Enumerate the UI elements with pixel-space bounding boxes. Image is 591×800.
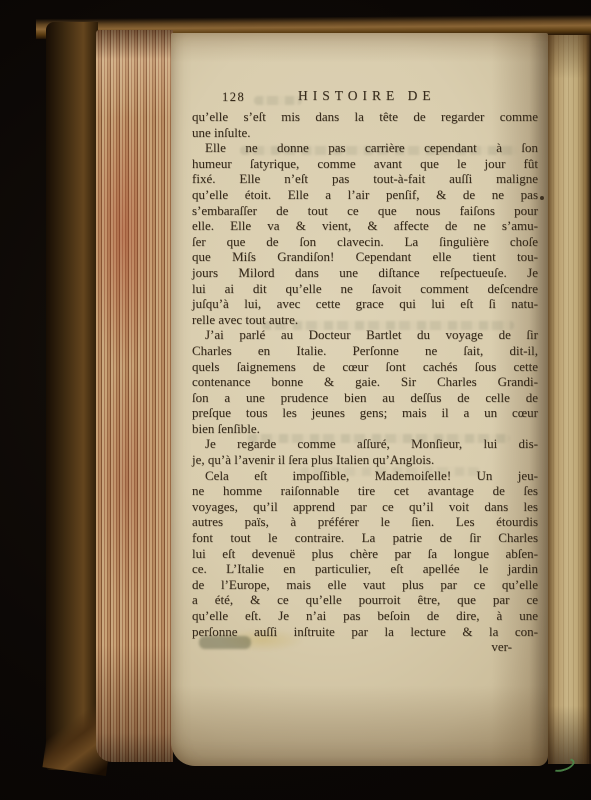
text-line: ſon a une prudence bien au deſſus de cel… — [192, 390, 538, 406]
ink-speck — [540, 196, 544, 200]
text-line: voyages, qu’il apprend par ce qu’il voit… — [192, 499, 538, 515]
gutter-facing-page-edge — [548, 35, 591, 764]
text-block: 128 HISTOIRE DE qu’elle s’eſt mis dans l… — [192, 88, 538, 655]
text-line: ne homme raiſonnable tire cet avantage d… — [192, 483, 538, 499]
text-line: a été, & ce qu’elle pourroit être, que p… — [192, 592, 538, 608]
text-line: qu’elle étoit. Elle a l’air penſif, & de… — [192, 187, 538, 203]
text-line: jours Milord dans une diſtance reſpectue… — [192, 265, 538, 281]
text-line: quels ſaignemens de cœur ſont cachés ſou… — [192, 359, 538, 375]
page-number: 128 — [222, 90, 245, 106]
text-line: Cela eſt impoſſible, Mademoiſelle! Un je… — [192, 468, 538, 484]
text-line: lui eſt devenuë plus chère par ſa longue… — [192, 546, 538, 562]
text-line: lui ai dit qu’elle ne ſavoit comment deſ… — [192, 281, 538, 297]
text-line: relle avec tout autre. — [192, 312, 538, 328]
text-line: que Miſs Grandiſon! Cependant elle tient… — [192, 249, 538, 265]
text-line: ſer que de ſon clavecin. La ſingulière c… — [192, 234, 538, 250]
text-line: autres païs, à préférer le ſien. Les éto… — [192, 514, 538, 530]
text-line: contenance bonne & gaie. Sir Charles Gra… — [192, 374, 538, 390]
book-left-cover — [46, 22, 98, 770]
text-line: qu’elle eſt. Je n’ai pas beſoin de dire,… — [192, 608, 538, 624]
page-text: qu’elle s’eſt mis dans la tête de regard… — [192, 109, 538, 639]
text-line: de l’Europe, mais elle vaut plus par ce … — [192, 577, 538, 593]
text-line: je, qu’à l’avenir il ſera plus Italien q… — [192, 452, 538, 468]
running-header: 128 HISTOIRE DE — [192, 88, 538, 105]
text-line: ce. L’Italie en particulier, eſt apellée… — [192, 561, 538, 577]
text-line: qu’elle s’eſt mis dans la tête de regard… — [192, 109, 538, 125]
text-line: perſonne auſſi inſtruite par la lecture … — [192, 624, 538, 640]
running-title: HISTOIRE DE — [298, 88, 436, 104]
fore-edge-page-stripes — [96, 30, 173, 762]
text-line: elle. Elle va & vient, & affecte de ne s… — [192, 218, 538, 234]
text-line: humeur ſatyrique, comme avant que le jou… — [192, 156, 538, 172]
text-line: une inſulte. — [192, 125, 538, 141]
text-line: bien ſenſible. — [192, 421, 538, 437]
text-line: juſqu’à lui, avec cette grace qui lui eſ… — [192, 296, 538, 312]
text-line: Je regarde comme aſſuré, Monſieur, lui d… — [192, 436, 538, 452]
text-line: Charles en Italie. Perſonne ne ſait, dit… — [192, 343, 538, 359]
text-line: s’embaraſſer de tout ce que nous faiſons… — [192, 203, 538, 219]
text-line: font tout le contraire. La patrie de ſir… — [192, 530, 538, 546]
text-line: preſque tous les jeunes gens; mais il a … — [192, 405, 538, 421]
book-photo: 128 HISTOIRE DE qu’elle s’eſt mis dans l… — [0, 0, 591, 800]
text-line: fixé. Elle n’eſt pas tout-à-fait auſſi m… — [192, 171, 538, 187]
catchword: ver- — [192, 639, 538, 655]
text-line: J’ai parlé au Docteur Bartlet du voyage … — [192, 327, 538, 343]
text-line: Elle ne donne pas carrière cependant à ſ… — [192, 140, 538, 156]
